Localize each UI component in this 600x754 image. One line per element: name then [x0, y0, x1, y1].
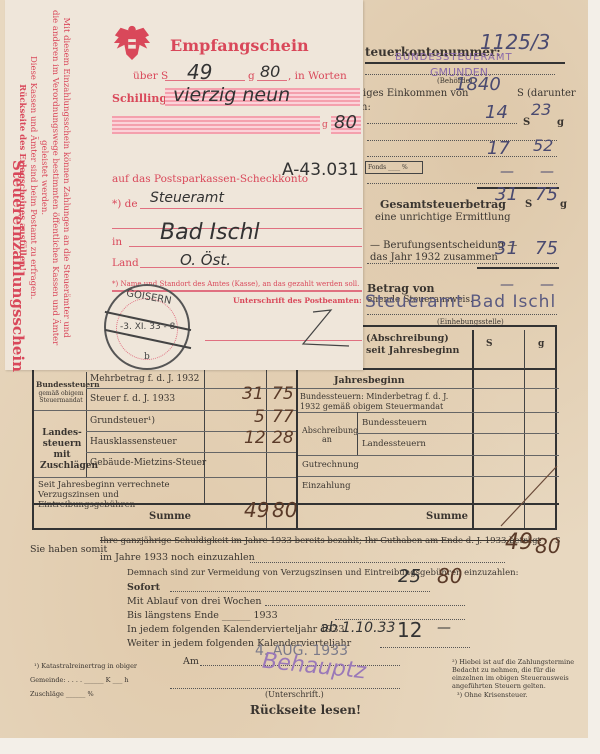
schilling-label: Schilling — [112, 92, 167, 105]
account-label: auf das Postsparkassen-Scheckkonto — [112, 173, 308, 185]
wrong-calc-text: eine unrichtige Ermittlung — [375, 212, 511, 223]
sofort-g: 80 — [437, 564, 462, 588]
row-grundsteuer: Grundsteuer¹) — [90, 416, 155, 426]
schedule-sofort: Sofort — [127, 582, 160, 593]
side-line: Mit diesem Einzahlungsschein können Zahl… — [60, 10, 71, 345]
account-number: A-43.031 — [282, 160, 359, 180]
schedule-three-weeks: Mit Ablauf von drei Wochen — [127, 596, 261, 607]
line1-s: 14 — [485, 102, 508, 123]
strike-line-icon — [499, 460, 559, 528]
sum-label: Summe — [149, 511, 191, 522]
in-value: Bad Ischl — [160, 220, 260, 245]
row-abschreibung: Abschreibung an — [302, 426, 352, 444]
signature-field — [170, 688, 400, 689]
right-header-main: (Abschreibung) seit Jahresbeginn — [366, 333, 466, 357]
account-value: 1125/3 — [480, 30, 550, 54]
postmark-date: -3. XI. 33 - 8 — [120, 322, 175, 332]
sofort-s: 25 — [398, 566, 421, 587]
total-label: Gesamtsteuerbetrag — [380, 198, 506, 211]
dotted-line — [367, 263, 557, 264]
side-line: Diese Kassen und Ämter sind beim Postamt… — [27, 10, 38, 345]
row-mehrbetrag: Mehrbetrag f. d. J. 1932 — [90, 374, 199, 384]
authority-stamp: BUNDESSTEUERAMT — [395, 52, 513, 63]
blank-band — [112, 116, 320, 134]
groschen-amount: 80 — [260, 62, 280, 81]
row-gebaeude-mietzins: Gebäude-Mietzins-Steuer — [90, 458, 206, 468]
sum-s: 49 — [244, 498, 269, 522]
income-suffix: S (darunter — [517, 88, 576, 99]
over-label: über S — [133, 70, 168, 82]
footnote-payment-terms: ²) Hiebei ist auf die Zahlungstermine Be… — [452, 658, 584, 690]
sum-line — [477, 267, 559, 269]
line1-g: 23 — [531, 100, 551, 119]
grundsteuer-s: 5 — [254, 407, 265, 427]
dotted-line — [380, 647, 470, 648]
fund-box: Fonds ____ % — [365, 161, 423, 174]
land-label: Land — [112, 257, 139, 269]
footnote-municipality: Gemeinde: . . . . ______ K ___ h — [30, 676, 129, 684]
income-label: iges Einkommen von — [363, 88, 468, 99]
g-label: g — [560, 199, 567, 210]
dotted-line — [170, 591, 430, 592]
s-label: S — [525, 199, 532, 210]
ledger-table: Bundessteuern gemäß obigem Steuermandat … — [32, 368, 557, 530]
schedule-end-1933: Bis längstens Ende ______ 1933 — [127, 610, 278, 621]
row-line — [298, 412, 559, 413]
to-pay-g: 80 — [535, 534, 560, 558]
group2-label: Landes-steuern mit Zuschlägen — [40, 428, 84, 472]
groschen-label: g — [322, 120, 328, 130]
collecting-office: Steueramt Bad Ischl — [365, 292, 556, 312]
col-s-label: S — [486, 339, 493, 349]
row-einzahlung: Einzahlung — [302, 481, 351, 491]
row-line — [86, 388, 296, 389]
dotted-line — [265, 605, 465, 606]
postmark-code: b — [144, 352, 150, 362]
row-steuer-1933: Steuer f. d. J. 1933 — [90, 394, 175, 404]
side-line: geleistet werden. — [38, 10, 49, 345]
schedule-quarterly-1933: In jedem folgenden Kalendervierteljahr 1… — [127, 624, 344, 635]
dotted-line — [367, 140, 557, 141]
row-abschreibung-bund: Bundessteuern — [362, 418, 427, 428]
line3-g: — — [540, 164, 554, 180]
field-line — [140, 267, 362, 268]
steuer-1933-s: 31 — [242, 384, 264, 404]
row-line — [86, 452, 296, 453]
postal-signature-icon — [273, 300, 353, 350]
footnote-crisis-tax: ³) Ohne Krisensteuer. — [457, 691, 528, 699]
row-line — [298, 455, 559, 456]
row-gutrechnung: Gutrechnung — [302, 460, 359, 470]
fund-label: Fonds ____ % — [368, 164, 408, 171]
line3-s: — — [500, 164, 514, 180]
field-line — [140, 208, 362, 209]
s-label: S — [523, 117, 530, 128]
date-label: Am — [183, 656, 199, 667]
footnote-surcharges: Zuschläge ______ % — [30, 690, 94, 698]
groschen-label: g — [248, 70, 255, 82]
dotted-line — [250, 562, 505, 563]
row-line — [34, 477, 296, 478]
side-line: die anderen im Verordnungswege bestimmte… — [49, 10, 60, 345]
land-value: O. Öst. — [180, 251, 231, 269]
austrian-eagle-icon — [113, 22, 151, 62]
line2-s: 17 — [487, 138, 510, 159]
field-line — [129, 246, 362, 247]
side-line: Rückseite des Erlagscheines ausfüllen! — [16, 10, 27, 345]
interest-label: Seit Jahresbeginn verrechnete Verzugszin… — [38, 480, 203, 510]
postmark-stamp: GOISERN -3. XI. 33 - 8 b — [104, 284, 190, 370]
recipient-label: *) de — [112, 198, 138, 210]
year-total-s: 31 — [495, 238, 518, 259]
grundsteuer-g: 77 — [272, 407, 294, 427]
right-table-header: (Abschreibung) seit Jahresbeginn S g — [360, 325, 557, 370]
quarterly-s: 12 — [397, 618, 422, 642]
line2-g: 52 — [533, 136, 553, 155]
you-have-label: Sie haben somit — [30, 544, 107, 555]
year-total-g: 75 — [535, 238, 558, 259]
group1-sub: gemäß obigem Steuermandat — [38, 390, 84, 404]
right-header: Jahresbeginn — [334, 375, 405, 386]
total-g: 75 — [535, 184, 558, 205]
recipient-value: Steueramt — [150, 190, 224, 206]
income-value: 1840 — [455, 74, 501, 95]
read-back-note: Rückseite lesen! — [250, 703, 361, 717]
year-total-label: das Jahr 1932 zusammen — [370, 252, 498, 263]
hausklassensteuer-g: 28 — [272, 428, 294, 448]
total-s: 31 — [495, 184, 518, 205]
row-line — [298, 388, 559, 389]
right-sum-label: Summe — [426, 511, 468, 522]
col-g-label: g — [538, 339, 544, 349]
signature-caption: (Unterschrift.) — [265, 690, 324, 699]
amount-g: — — [540, 277, 554, 293]
g-label: g — [557, 117, 564, 128]
amount-in-words: vierzig neun — [173, 84, 290, 106]
hausklassensteuer-s: 12 — [244, 428, 266, 448]
to-pay-s: 49 — [505, 530, 533, 555]
amount-s: — — [500, 277, 514, 293]
col-line — [204, 370, 205, 505]
dotted-line — [367, 183, 557, 184]
footnote-cadastral: ¹) Katastralreinertrag in obiger — [34, 662, 137, 670]
row-minderbetrag: Bundessteuern: Minderbetrag f. d. J. 193… — [300, 392, 470, 412]
dotted-line — [367, 156, 557, 157]
in-words-label: , in Worten — [288, 70, 347, 82]
background-bottom — [0, 738, 600, 754]
row-line — [357, 433, 559, 434]
groschen-box-value: 80 — [334, 112, 357, 133]
steuer-1933-g: 75 — [272, 384, 294, 404]
side-instructions: Mit diesem Einzahlungsschein können Zahl… — [16, 10, 71, 345]
schilling-amount: 49 — [187, 60, 212, 84]
slip-title: Empfangschein — [170, 36, 309, 55]
sum-g: 80 — [272, 498, 297, 522]
in-label: in — [112, 236, 122, 248]
dotted-line — [367, 123, 517, 124]
quarterly-note: ab 1.10.33 — [320, 620, 395, 636]
to-pay-label: im Jahre 1933 noch einzuzahlen — [100, 552, 255, 563]
row-abschreibung-land: Landessteuern — [362, 439, 426, 449]
struck-line: Ihre ganzjährige Schuldigkeit im Jahre 1… — [100, 536, 541, 546]
row-hausklassensteuer: Hausklassensteuer — [90, 437, 177, 447]
dotted-line — [367, 314, 557, 315]
quarterly-g: — — [437, 620, 451, 636]
